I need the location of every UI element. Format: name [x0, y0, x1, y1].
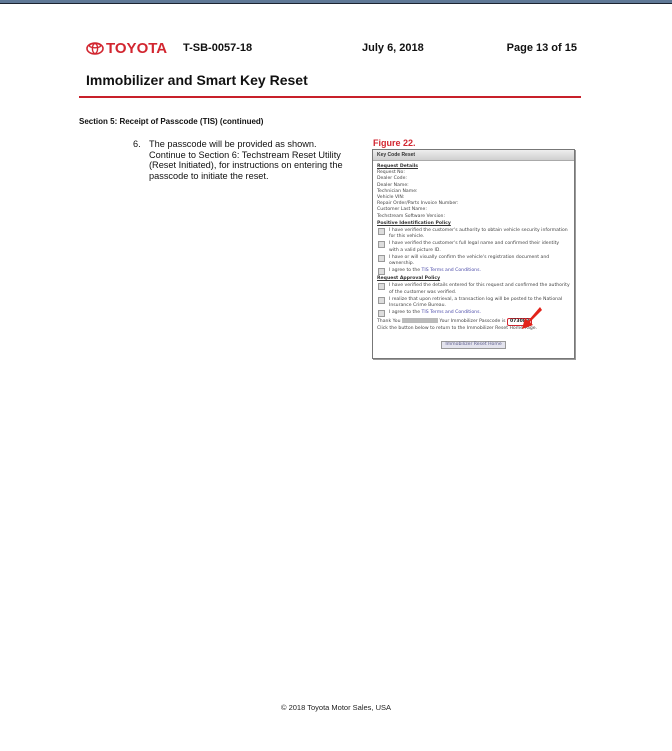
copyright-footer: © 2018 Toyota Motor Sales, USA — [0, 703, 672, 712]
redacted-name — [402, 318, 438, 323]
policy-checkbox-row[interactable]: I have verified the customer's full lega… — [377, 241, 570, 253]
terms-link[interactable]: TIS Terms and Conditions. — [422, 268, 481, 273]
terms-checkbox-row[interactable]: I agree to the TIS Terms and Conditions. — [377, 268, 570, 275]
checkbox[interactable] — [378, 310, 385, 317]
window-title: Key Code Reset — [373, 150, 574, 161]
step-number: 6. — [133, 139, 141, 150]
top-bar — [0, 0, 672, 4]
page-header: TOYOTA T-SB-0057-18 July 6, 2018 Page 13… — [86, 40, 580, 56]
approval-heading: Request Approval Policy — [377, 276, 570, 282]
toyota-emblem-icon — [86, 42, 104, 55]
figure-label: Figure 22. — [373, 138, 416, 148]
figure-screenshot: Key Code Reset Request Details Request N… — [372, 149, 575, 359]
terms-link[interactable]: TIS Terms and Conditions. — [422, 310, 481, 315]
doc-number: T-SB-0057-18 — [183, 42, 252, 54]
policy-checkbox-row[interactable]: I have verified the customer's authority… — [377, 228, 570, 240]
checkbox[interactable] — [378, 297, 385, 304]
red-arrow-icon — [520, 306, 542, 330]
checkbox[interactable] — [378, 241, 385, 248]
field-label: Techstream Software Version: — [377, 214, 570, 220]
checkbox[interactable] — [378, 283, 385, 290]
title-divider — [79, 96, 581, 98]
section-heading: Section 5: Receipt of Passcode (TIS) (co… — [79, 117, 263, 126]
checkbox[interactable] — [378, 228, 385, 235]
doc-title: Immobilizer and Smart Key Reset — [86, 72, 308, 88]
checkbox[interactable] — [378, 255, 385, 262]
toyota-logo: TOYOTA — [86, 40, 167, 57]
immobilizer-reset-home-button[interactable]: Immobilizer Reset Home — [441, 341, 505, 349]
brand-name: TOYOTA — [106, 40, 167, 57]
positive-id-heading: Positive Identification Policy — [377, 221, 570, 227]
policy-checkbox-row[interactable]: I have or will visually confirm the vehi… — [377, 255, 570, 267]
policy-checkbox-row[interactable]: I have verified the details entered for … — [377, 283, 570, 295]
doc-date: July 6, 2018 — [362, 42, 424, 54]
page-number: Page 13 of 15 — [507, 42, 577, 54]
checkbox[interactable] — [378, 268, 385, 275]
step-text: The passcode will be provided as shown. … — [149, 139, 349, 181]
